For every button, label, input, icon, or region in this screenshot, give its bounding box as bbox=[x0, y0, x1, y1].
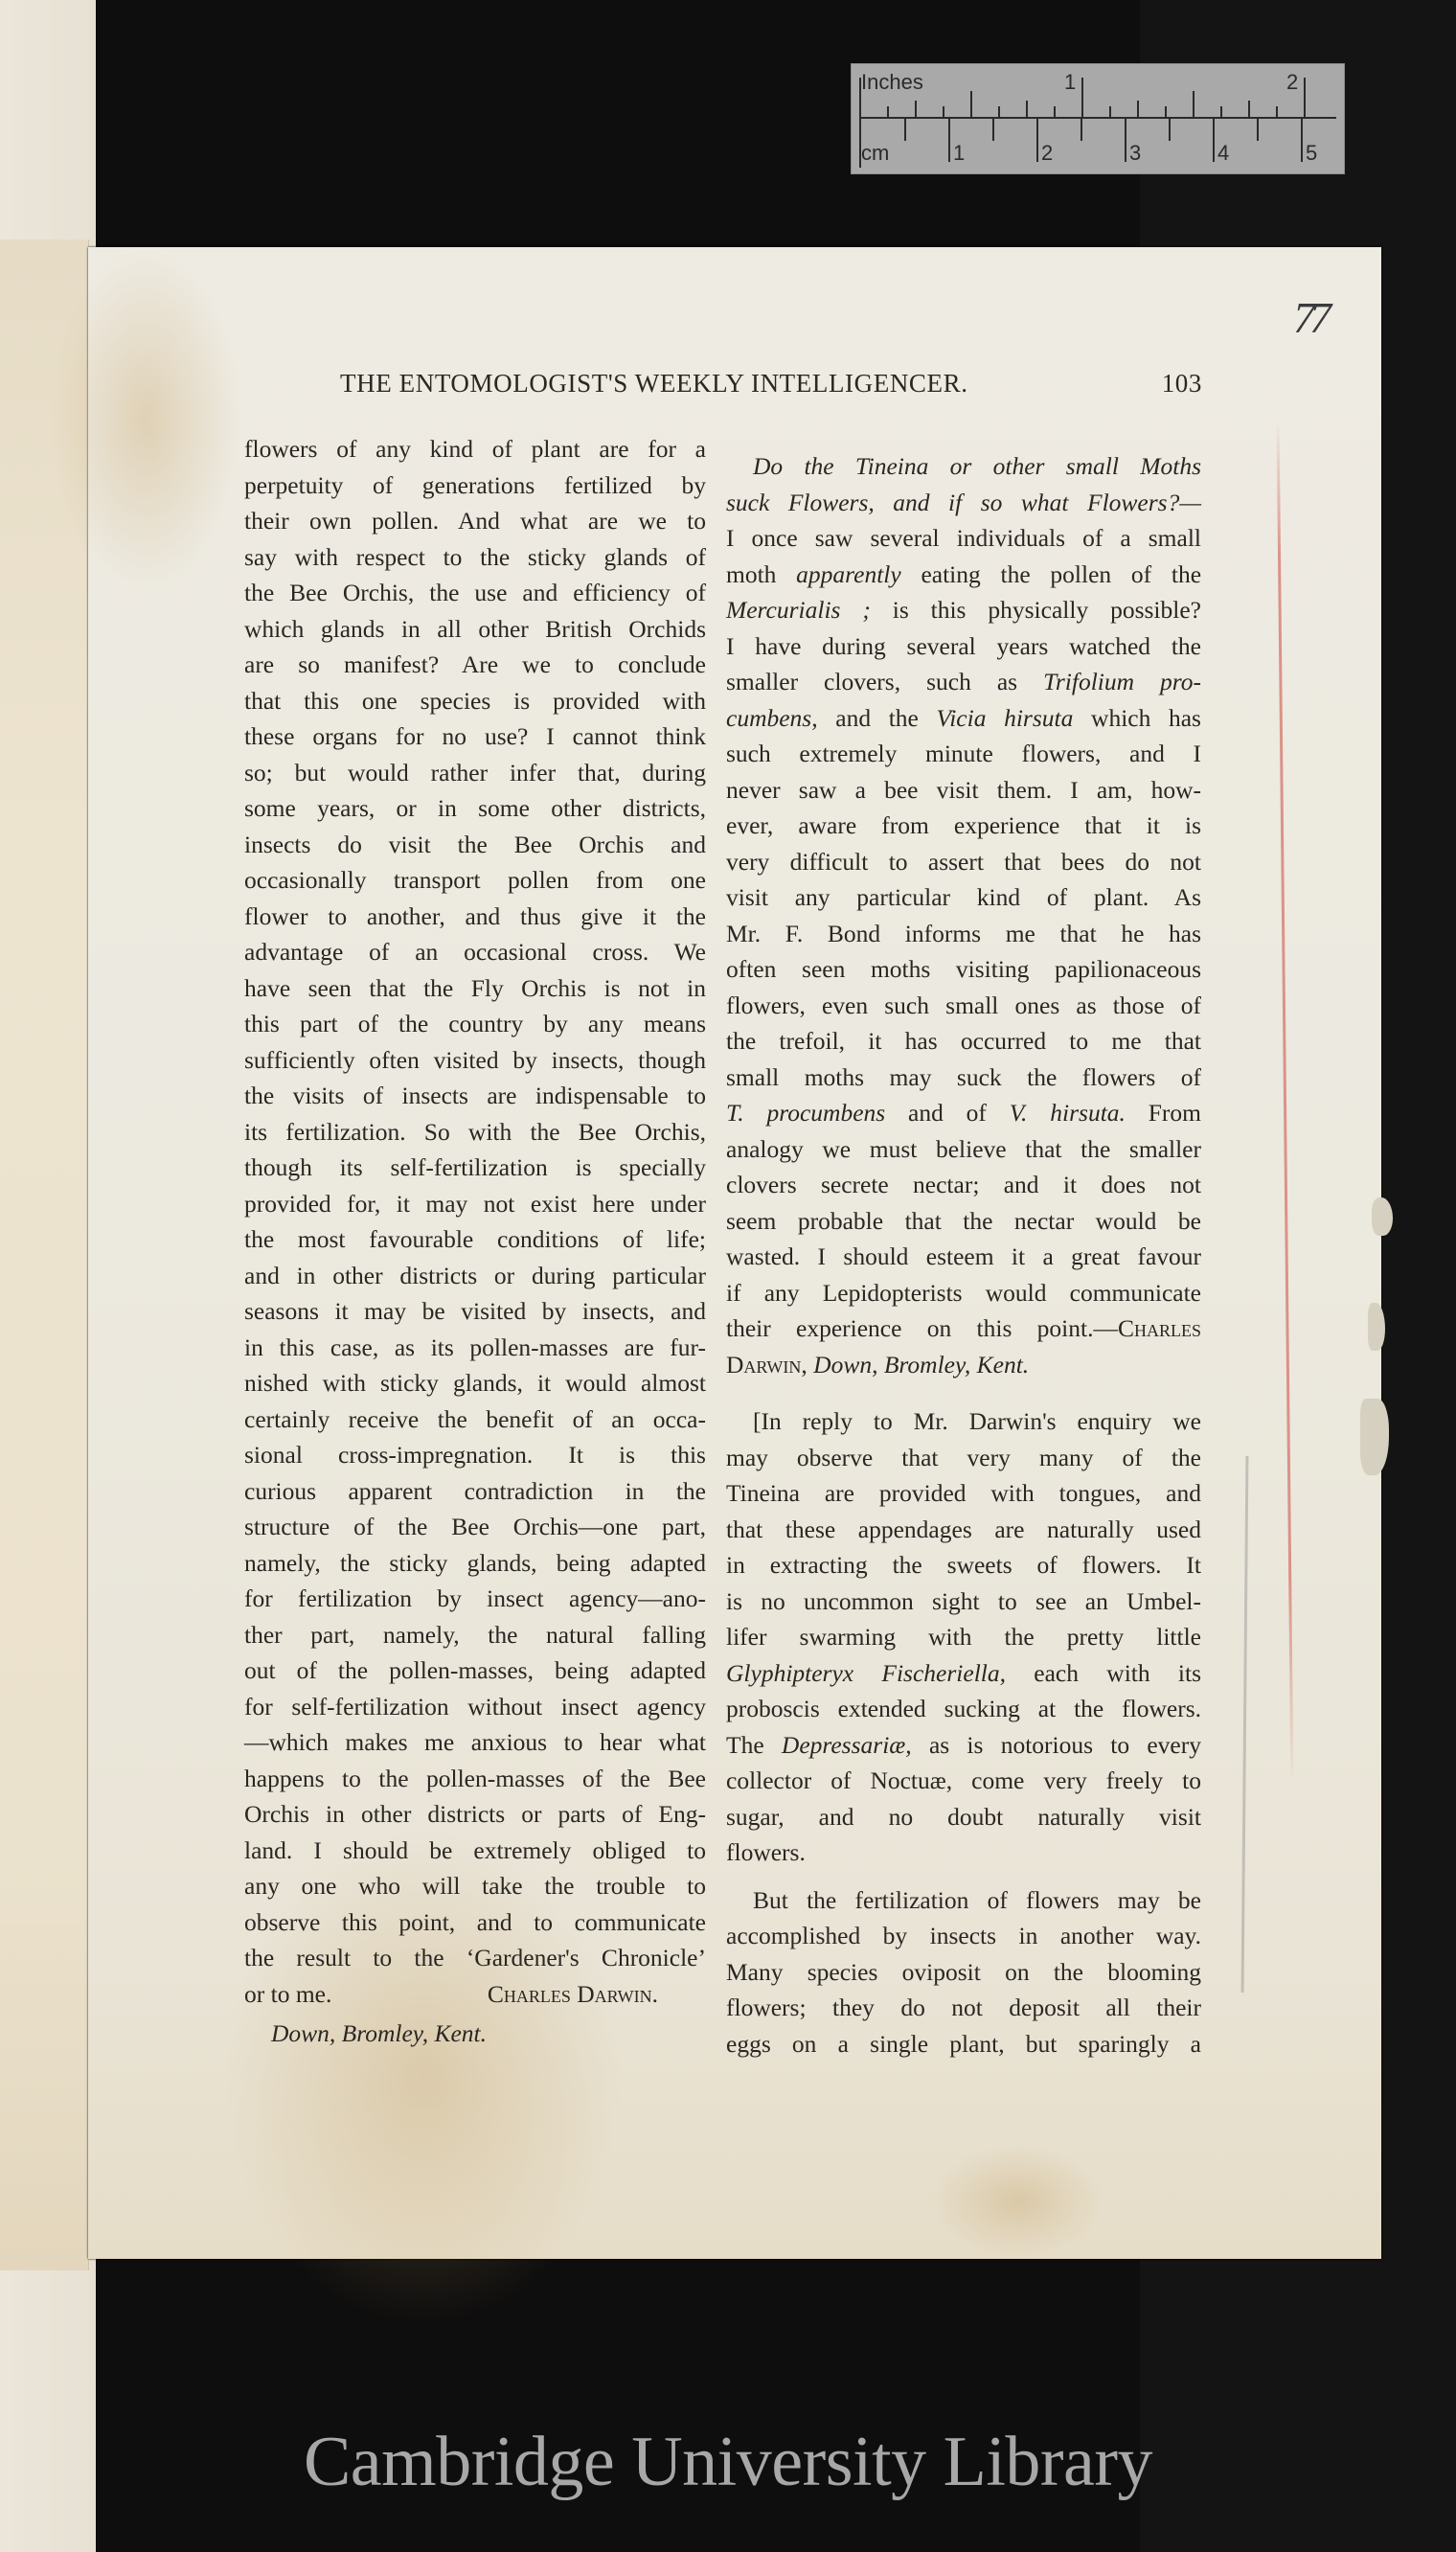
ruler-tick bbox=[943, 106, 944, 118]
ruler-tick bbox=[1169, 118, 1171, 141]
text-line: flowers; they do not deposit all their bbox=[726, 1990, 1201, 2026]
ruler-cm-label: cm bbox=[861, 141, 889, 166]
text-line: nished with sticky glands, it would almo… bbox=[244, 1365, 706, 1401]
text-line: Mr. F. Bond informs me that he has bbox=[726, 916, 1201, 952]
article-heading-line: suck Flowers, and if so what Flowers?— bbox=[726, 485, 1201, 521]
ruler-tick bbox=[992, 118, 994, 141]
ruler-tick bbox=[1109, 106, 1111, 118]
ruler-cm-1-tick bbox=[948, 118, 950, 162]
text-line: may observe that very many of the bbox=[726, 1440, 1201, 1476]
right-column: Do the Tineina or other small Moths suck… bbox=[726, 448, 1201, 2062]
text-line: the visits of insects are indispensable … bbox=[244, 1078, 706, 1114]
text-line: the trefoil, it has occurred to me that bbox=[726, 1023, 1201, 1060]
author-signature: Charles Darwin. bbox=[488, 1976, 706, 2013]
ruler-tick bbox=[1220, 106, 1222, 118]
article-heading-line: Do the Tineina or other small Moths bbox=[726, 448, 1201, 485]
text-line: any one who will take the trouble to bbox=[244, 1868, 706, 1904]
ruler-tick bbox=[1165, 106, 1167, 118]
text-line: though its self-fertilization is special… bbox=[244, 1150, 706, 1186]
text-line: so; but would rather infer that, during bbox=[244, 755, 706, 791]
text-line: such extremely minute flowers, and I bbox=[726, 736, 1201, 772]
text-line: moth apparently eating the pollen of the bbox=[726, 557, 1201, 593]
running-head: THE ENTOMOLOGIST'S WEEKLY INTELLIGENCER.… bbox=[340, 369, 1202, 399]
ruler-cm-3-tick bbox=[1125, 118, 1126, 162]
text-line: that these appendages are naturally used bbox=[726, 1512, 1201, 1548]
text-line: I have during several years watched the bbox=[726, 628, 1201, 665]
ruler-cm-number: 5 bbox=[1306, 141, 1317, 166]
ruler-cm-number: 3 bbox=[1129, 141, 1141, 166]
text-line: which glands in all other British Orchid… bbox=[244, 611, 706, 648]
text-line: sufficiently often visited by insects, t… bbox=[244, 1042, 706, 1079]
foxing-stain bbox=[50, 247, 241, 592]
ruler-inch-1-tick bbox=[1081, 78, 1083, 118]
text-line: Mercurialis ; is this physically possibl… bbox=[726, 592, 1201, 628]
text-line: small moths may suck the flowers of bbox=[726, 1060, 1201, 1096]
ruler-inches-label: Inches bbox=[861, 70, 923, 95]
ruler-inch-number: 1 bbox=[1064, 70, 1076, 95]
handwritten-folio-number: 77 bbox=[1293, 292, 1326, 343]
author-address: Down, Bromley, Kent. bbox=[244, 2016, 706, 2052]
text-line: occasionally transport pollen from one bbox=[244, 862, 706, 899]
text-line: for self-fertilization without insect ag… bbox=[244, 1689, 706, 1725]
ruler-tick bbox=[1081, 118, 1082, 141]
ruler-cm-number: 2 bbox=[1041, 141, 1053, 166]
text-line: wasted. I should esteem it a great favou… bbox=[726, 1239, 1201, 1275]
foxing-stain bbox=[931, 2144, 1103, 2259]
text-line: T. procumbens and of V. hirsuta. From bbox=[726, 1095, 1201, 1131]
ruler-tick bbox=[1248, 101, 1250, 118]
text-line: sugar, and no doubt naturally visit bbox=[726, 1799, 1201, 1835]
text-line: But the fertilization of flowers may be bbox=[726, 1882, 1201, 1919]
folded-page-margin bbox=[0, 239, 89, 2270]
text-line: provided for, it may not exist here unde… bbox=[244, 1186, 706, 1222]
text-line: proboscis extended sucking at the flower… bbox=[726, 1691, 1201, 1727]
left-column-text: flowers of any kind of plant are for ape… bbox=[244, 431, 706, 1976]
text-line: are so manifest? Are we to conclude bbox=[244, 647, 706, 683]
text-line: —which makes me anxious to hear what bbox=[244, 1724, 706, 1761]
text-line: never saw a bee visit them. I am, how- bbox=[726, 772, 1201, 809]
text-line: structure of the Bee Orchis—one part, bbox=[244, 1509, 706, 1545]
text-line: the most favourable conditions of life; bbox=[244, 1221, 706, 1258]
text-line: very difficult to assert that bees do no… bbox=[726, 844, 1201, 880]
text-line: analogy we must believe that the smaller bbox=[726, 1131, 1201, 1168]
text-line: the Bee Orchis, the use and efficiency o… bbox=[244, 575, 706, 611]
ruler-inch-2-tick bbox=[1304, 78, 1306, 118]
text-line: their own pollen. And what are we to bbox=[244, 503, 706, 539]
text-line: the result to the ‘Gardener's Chronicle’ bbox=[244, 1940, 706, 1976]
scale-ruler: Inches cm 1 2 1 2 3 4 5 bbox=[851, 63, 1345, 174]
ruler-cm-number: 4 bbox=[1217, 141, 1229, 166]
ruler-tick bbox=[998, 106, 1000, 118]
ruler-tick bbox=[1193, 91, 1194, 118]
text-line: visit any particular kind of plant. As bbox=[726, 879, 1201, 916]
text-line: namely, the sticky glands, being adapted bbox=[244, 1545, 706, 1582]
left-column: flowers of any kind of plant are for ape… bbox=[244, 431, 706, 2052]
ruler-tick bbox=[1026, 101, 1028, 118]
text-line: sional cross-impregnation. It is this bbox=[244, 1437, 706, 1473]
text-line: advantage of an occasional cross. We bbox=[244, 934, 706, 970]
ruler-inch-number: 2 bbox=[1286, 70, 1298, 95]
text-line: happens to the pollen-masses of the Bee bbox=[244, 1761, 706, 1797]
text-line: collector of Noctuæ, come very freely to bbox=[726, 1763, 1201, 1799]
text-line: Tineina are provided with tongues, and bbox=[726, 1475, 1201, 1512]
continuation-paragraph: But the fertilization of flowers may bea… bbox=[726, 1882, 1201, 2062]
text-line: in extracting the sweets of flowers. It bbox=[726, 1547, 1201, 1584]
torn-paper-fragment bbox=[1360, 1399, 1389, 1475]
text-line: is no uncommon sight to see an Umbel- bbox=[726, 1584, 1201, 1620]
text-line: accomplished by insects in another way. bbox=[726, 1918, 1201, 1954]
text-line: in this case, as its pollen-masses are f… bbox=[244, 1330, 706, 1366]
text-line: cumbens, and the Vicia hirsuta which has bbox=[726, 700, 1201, 737]
closing-text: or to me. bbox=[244, 1976, 331, 2013]
text-line: The Depressariæ, as is notorious to ever… bbox=[726, 1727, 1201, 1764]
text-line: for fertilization by insect agency—ano- bbox=[244, 1581, 706, 1617]
ruler-cm-2-tick bbox=[1036, 118, 1038, 162]
ruler-tick bbox=[904, 118, 906, 141]
ruler-tick bbox=[1257, 118, 1259, 141]
text-line: flower to another, and thus give it the bbox=[244, 899, 706, 935]
text-line: out of the pollen-masses, being adapted bbox=[244, 1652, 706, 1689]
ruler-tick bbox=[1276, 106, 1278, 118]
text-line: this part of the country by any means bbox=[244, 1006, 706, 1042]
text-line: [In reply to Mr. Darwin's enquiry we bbox=[726, 1403, 1201, 1440]
ruler-tick bbox=[1054, 106, 1056, 118]
text-line: say with respect to the sticky glands of bbox=[244, 539, 706, 576]
letter-closing: or to me. Charles Darwin. bbox=[244, 1976, 706, 2013]
editor-reply: [In reply to Mr. Darwin's enquiry wemay … bbox=[726, 1403, 1201, 1871]
text-line: lifer swarming with the pretty little bbox=[726, 1619, 1201, 1655]
ruler-tick bbox=[1137, 101, 1139, 118]
text-line: ever, aware from experience that it is bbox=[726, 808, 1201, 844]
address-text: Down, Bromley, Kent. bbox=[271, 2019, 487, 2047]
text-line: these organs for no use? I cannot think bbox=[244, 718, 706, 755]
text-line: Many species oviposit on the blooming bbox=[726, 1954, 1201, 1991]
journal-title: THE ENTOMOLOGIST'S WEEKLY INTELLIGENCER. bbox=[340, 369, 968, 399]
text-line: Glyphipteryx Fischeriella, each with its bbox=[726, 1655, 1201, 1692]
text-line: flowers, even such small ones as those o… bbox=[726, 988, 1201, 1024]
text-line: its fertilization. So with the Bee Orchi… bbox=[244, 1114, 706, 1151]
text-line: some years, or in some other districts, bbox=[244, 790, 706, 827]
text-line: Darwin, Down, Bromley, Kent. bbox=[726, 1347, 1201, 1383]
text-line: clovers secrete nectar; and it does not bbox=[726, 1167, 1201, 1203]
text-line: seasons it may be visited by insects, an… bbox=[244, 1293, 706, 1330]
text-line: that this one species is provided with bbox=[244, 683, 706, 719]
ruler-cm-number: 1 bbox=[953, 141, 965, 166]
text-line: observe this point, and to communicate bbox=[244, 1904, 706, 1941]
text-line: smaller clovers, such as Trifolium pro- bbox=[726, 664, 1201, 700]
text-line: and in other districts or during particu… bbox=[244, 1258, 706, 1294]
text-line: insects do visit the Bee Orchis and bbox=[244, 827, 706, 863]
text-line: have seen that the Fly Orchis is not in bbox=[244, 970, 706, 1007]
text-line: eggs on a single plant, but sparingly a bbox=[726, 2026, 1201, 2062]
text-line: perpetuity of generations fertilized by bbox=[244, 467, 706, 504]
text-line: flowers. bbox=[726, 1834, 1201, 1871]
article-body: I once saw several individuals of a smal… bbox=[726, 520, 1201, 1382]
text-line: their experience on this point.—Charles bbox=[726, 1310, 1201, 1347]
ruler-cm-5-tick bbox=[1301, 118, 1303, 162]
ruler-baseline bbox=[861, 117, 1336, 119]
text-line: seem probable that the nectar would be bbox=[726, 1203, 1201, 1240]
text-line: flowers of any kind of plant are for a bbox=[244, 431, 706, 467]
ruler-tick bbox=[887, 106, 889, 118]
ruler-tick bbox=[915, 101, 917, 118]
library-watermark: Cambridge University Library bbox=[0, 2422, 1456, 2503]
torn-paper-fragment bbox=[1368, 1303, 1385, 1351]
text-line: Orchis in other districts or parts of En… bbox=[244, 1796, 706, 1833]
page-number: 103 bbox=[1162, 369, 1202, 399]
torn-paper-fragment bbox=[1372, 1197, 1393, 1236]
ruler-cm-4-tick bbox=[1213, 118, 1215, 162]
text-line: ther part, namely, the natural falling bbox=[244, 1617, 706, 1653]
text-line: if any Lepidopterists would communicate bbox=[726, 1275, 1201, 1311]
text-line: often seen moths visiting papilionaceous bbox=[726, 951, 1201, 988]
text-line: land. I should be extremely obliged to bbox=[244, 1833, 706, 1869]
ruler-zero-tick bbox=[859, 78, 861, 168]
text-line: certainly receive the benefit of an occa… bbox=[244, 1401, 706, 1438]
text-line: curious apparent contradiction in the bbox=[244, 1473, 706, 1510]
text-line: I once saw several individuals of a smal… bbox=[726, 520, 1201, 557]
ruler-tick bbox=[970, 91, 972, 118]
